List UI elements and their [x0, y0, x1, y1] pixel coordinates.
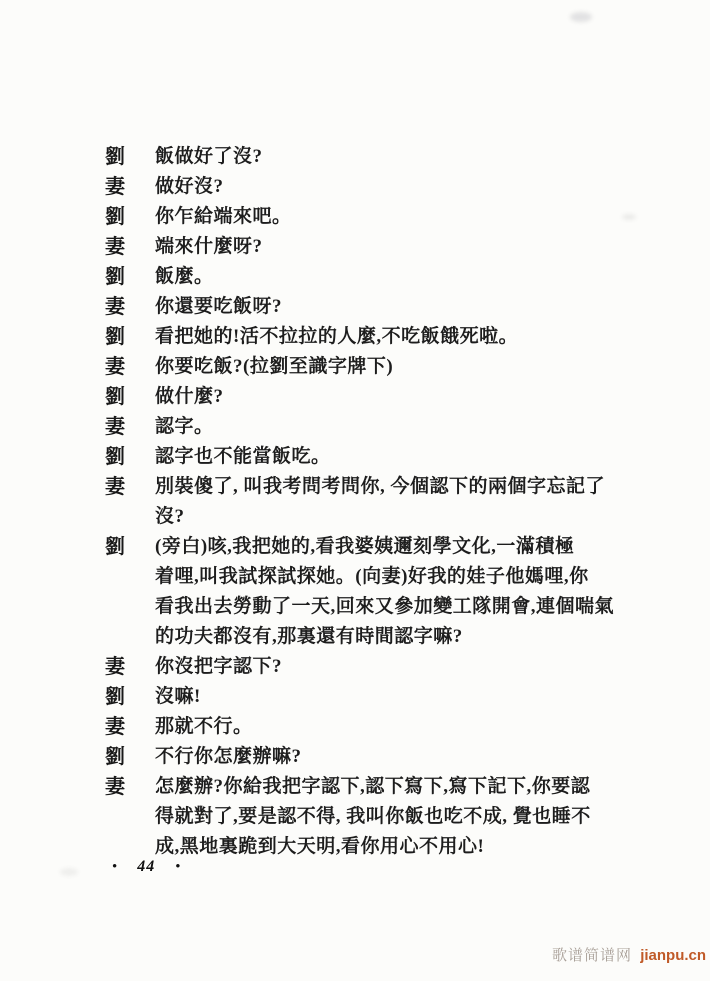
- dialogue-entry: 劉看把她的!活不拉拉的人麼,不吃飯餓死啦。: [105, 322, 645, 352]
- speech-line: 沒嘛!: [155, 682, 645, 712]
- speech-line: 做什麼?: [155, 382, 645, 412]
- speech-lines: 怎麼辦?你給我把字認下,認下寫下,寫下記下,你要認得就對了,要是認不得, 我叫你…: [155, 772, 645, 862]
- speech-line: 你乍給端來吧。: [155, 202, 645, 232]
- speech-lines: (旁白)咳,我把她的,看我婆姨邇刻學文化,一滿積極着哩,叫我試探試探她。(向妻)…: [155, 532, 645, 652]
- speech-line: 看把她的!活不拉拉的人麼,不吃飯餓死啦。: [155, 322, 645, 352]
- watermark-site-name: 歌谱简谱网: [552, 947, 632, 964]
- dialogue-entry: 妻別裝傻了, 叫我考問考問你, 今個認下的兩個字忘記了沒?: [105, 472, 645, 532]
- speech-line: 飯麼。: [155, 262, 645, 292]
- speech-line: 認字。: [155, 412, 645, 442]
- dialogue-entry: 劉(旁白)咳,我把她的,看我婆姨邇刻學文化,一滿積極着哩,叫我試探試探她。(向妻…: [105, 532, 645, 652]
- speech-line: 沒?: [155, 502, 645, 532]
- speech-line: 不行你怎麼辦嘛?: [155, 742, 645, 772]
- dialogue-entry: 劉飯麼。: [105, 262, 645, 292]
- speech-line: 怎麼辦?你給我把字認下,認下寫下,寫下記下,你要認: [155, 772, 645, 802]
- speech-line: 你還要吃飯呀?: [155, 292, 645, 322]
- dialogue-entry: 妻認字。: [105, 412, 645, 442]
- speech-line: 着哩,叫我試探試探她。(向妻)好我的娃子他媽哩,你: [155, 562, 645, 592]
- speaker-label: 劉: [105, 682, 135, 712]
- speech-lines: 不行你怎麼辦嘛?: [155, 742, 645, 772]
- dialogue-entry: 妻你要吃飯?(拉劉至識字牌下): [105, 352, 645, 382]
- footer-bullet-left: •: [112, 857, 117, 877]
- speaker-label: 妻: [105, 232, 135, 262]
- speaker-label: 妻: [105, 412, 135, 442]
- speech-line: 成,黑地裏跪到大天明,看你用心不用心!: [155, 832, 645, 862]
- speech-lines: 那就不行。: [155, 712, 645, 742]
- watermark: 歌谱简谱网 jianpu.cn: [552, 944, 706, 965]
- speech-line: 認字也不能當飯吃。: [155, 442, 645, 472]
- speech-line: 你要吃飯?(拉劉至識字牌下): [155, 352, 645, 382]
- speech-lines: 你沒把字認下?: [155, 652, 645, 682]
- speech-line: 飯做好了沒?: [155, 142, 645, 172]
- speaker-label: 妻: [105, 472, 135, 502]
- speaker-label: 劉: [105, 262, 135, 292]
- speaker-label: 妻: [105, 172, 135, 202]
- script-page-content: 劉飯做好了沒?妻做好沒?劉你乍給端來吧。妻端來什麼呀?劉飯麼。妻你還要吃飯呀?劉…: [105, 142, 645, 862]
- speech-lines: 認字。: [155, 412, 645, 442]
- dialogue-entry: 妻那就不行。: [105, 712, 645, 742]
- speech-line: 別裝傻了, 叫我考問考問你, 今個認下的兩個字忘記了: [155, 472, 645, 502]
- speaker-label: 劉: [105, 202, 135, 232]
- speech-lines: 做好沒?: [155, 172, 645, 202]
- speech-lines: 做什麼?: [155, 382, 645, 412]
- watermark-site-url: jianpu.cn: [640, 947, 706, 964]
- dialogue-entry: 劉認字也不能當飯吃。: [105, 442, 645, 472]
- dialogue-entry: 劉不行你怎麼辦嘛?: [105, 742, 645, 772]
- dialogue-entry: 劉你乍給端來吧。: [105, 202, 645, 232]
- dialogue-entry: 妻端來什麼呀?: [105, 232, 645, 262]
- speaker-label: 劉: [105, 742, 135, 772]
- speech-lines: 別裝傻了, 叫我考問考問你, 今個認下的兩個字忘記了沒?: [155, 472, 645, 532]
- speech-lines: 你要吃飯?(拉劉至識字牌下): [155, 352, 645, 382]
- speech-line: 得就對了,要是認不得, 我叫你飯也吃不成, 覺也睡不: [155, 802, 645, 832]
- scan-artifact: [570, 12, 592, 22]
- speech-lines: 認字也不能當飯吃。: [155, 442, 645, 472]
- dialogue-entry: 妻你還要吃飯呀?: [105, 292, 645, 322]
- dialogue-entry: 劉做什麼?: [105, 382, 645, 412]
- speaker-label: 妻: [105, 772, 135, 802]
- scan-artifact: [60, 868, 78, 876]
- dialogue-entry: 劉沒嘛!: [105, 682, 645, 712]
- page-number: • 44 •: [112, 857, 181, 877]
- dialogue-entry: 妻你沒把字認下?: [105, 652, 645, 682]
- speaker-label: 劉: [105, 442, 135, 472]
- speech-line: 的功夫都沒有,那裏還有時間認字嘛?: [155, 622, 645, 652]
- speaker-label: 妻: [105, 352, 135, 382]
- speech-line: 端來什麼呀?: [155, 232, 645, 262]
- speech-line: 做好沒?: [155, 172, 645, 202]
- speech-lines: 你還要吃飯呀?: [155, 292, 645, 322]
- speech-lines: 飯做好了沒?: [155, 142, 645, 172]
- speaker-label: 妻: [105, 712, 135, 742]
- speaker-label: 妻: [105, 652, 135, 682]
- speech-line: 看我出去勞動了一天,回來又參加變工隊開會,連個喘氣: [155, 592, 645, 622]
- dialogue-entry: 妻怎麼辦?你給我把字認下,認下寫下,寫下記下,你要認得就對了,要是認不得, 我叫…: [105, 772, 645, 862]
- page-number-value: 44: [137, 858, 155, 876]
- dialogue-list: 劉飯做好了沒?妻做好沒?劉你乍給端來吧。妻端來什麼呀?劉飯麼。妻你還要吃飯呀?劉…: [105, 142, 645, 862]
- dialogue-entry: 劉飯做好了沒?: [105, 142, 645, 172]
- speech-lines: 你乍給端來吧。: [155, 202, 645, 232]
- speaker-label: 劉: [105, 382, 135, 412]
- speaker-label: 劉: [105, 532, 135, 562]
- speech-line: 你沒把字認下?: [155, 652, 645, 682]
- footer-bullet-right: •: [175, 857, 180, 877]
- speech-lines: 看把她的!活不拉拉的人麼,不吃飯餓死啦。: [155, 322, 645, 352]
- speaker-label: 劉: [105, 322, 135, 352]
- speaker-label: 妻: [105, 292, 135, 322]
- speaker-label: 劉: [105, 142, 135, 172]
- dialogue-entry: 妻做好沒?: [105, 172, 645, 202]
- speech-lines: 沒嘛!: [155, 682, 645, 712]
- speech-line: 那就不行。: [155, 712, 645, 742]
- speech-lines: 端來什麼呀?: [155, 232, 645, 262]
- speech-lines: 飯麼。: [155, 262, 645, 292]
- speech-line: (旁白)咳,我把她的,看我婆姨邇刻學文化,一滿積極: [155, 532, 645, 562]
